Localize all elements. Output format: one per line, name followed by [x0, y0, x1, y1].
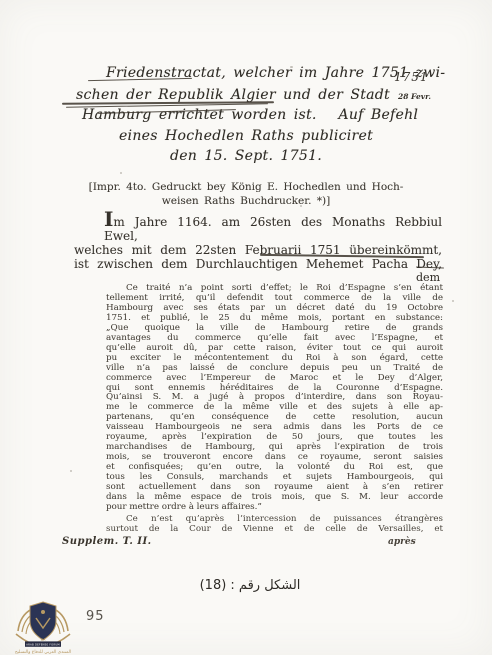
imprint-block: [Impr. 4to. Gedruckt bey König E. Hoched…: [72, 181, 420, 208]
page-number: 95: [86, 609, 105, 624]
closing-line-1: Ce n’est qu’après l’intercession de puis…: [106, 514, 443, 524]
imprint-line-1: [Impr. 4to. Gedruckt bey König E. Hoched…: [72, 181, 420, 195]
margin-note-date: 28 Fevr.: [398, 92, 431, 101]
forum-watermark-logo: DA ARAB DEFENSE FORUM المنتدى العربي للد…: [10, 595, 76, 655]
title-line-5: den 15. Sept. 1751.: [60, 147, 432, 165]
intro-line-2: welches mit dem 22sten Februarii 1751 üb…: [74, 243, 442, 257]
footnote-line: pour mettre ordre à leurs affaires.”: [106, 503, 443, 513]
closing-paragraph: Ce n’est qu’après l’intercession de puis…: [106, 514, 443, 534]
forum-title-text: ARAB DEFENSE FORUM: [26, 642, 60, 646]
scan-speck: [300, 205, 302, 207]
scanned-document-page: Friedenstractat, welcher im Jahre 1751 z…: [0, 0, 492, 655]
footnote-block: Ce traité n’a point sorti d’effet; le Ro…: [106, 284, 443, 513]
closing-line-2: surtout de la Cour de Vienne et de celle…: [106, 524, 443, 534]
imprint-line-2: weisen Raths Buchdrucker. *)]: [72, 195, 420, 209]
figure-caption-arabic: الشكل رقم : (18): [140, 578, 360, 593]
scan-speck: [290, 66, 293, 68]
scan-speck: [70, 470, 72, 472]
forum-subtitle-arabic-text: المنتدى العربي للدفاع والتسليح: [15, 650, 71, 655]
volume-signature: Supplem. T. II.: [62, 536, 152, 547]
intro-paragraph: Im Jahre 1164. am 26sten des Monaths Reb…: [74, 213, 442, 285]
title-line-4: eines Hochedlen Raths publiciret: [60, 127, 432, 145]
monogram-text: DA: [41, 638, 46, 642]
scan-speck: [120, 172, 122, 174]
page-catchword: après: [388, 537, 416, 547]
shield-icon: [30, 602, 56, 640]
intro-line-1: Im Jahre 1164. am 26sten des Monaths Reb…: [74, 213, 442, 243]
scan-speck: [452, 300, 454, 302]
intro-line-3: ist zwischen dem Durchlauchtigen Mehemet…: [74, 257, 442, 271]
title-line-3: Hamburg errichtet worden ist. Auf Befehl: [82, 106, 418, 124]
margin-note-year: 1751: [394, 70, 429, 84]
